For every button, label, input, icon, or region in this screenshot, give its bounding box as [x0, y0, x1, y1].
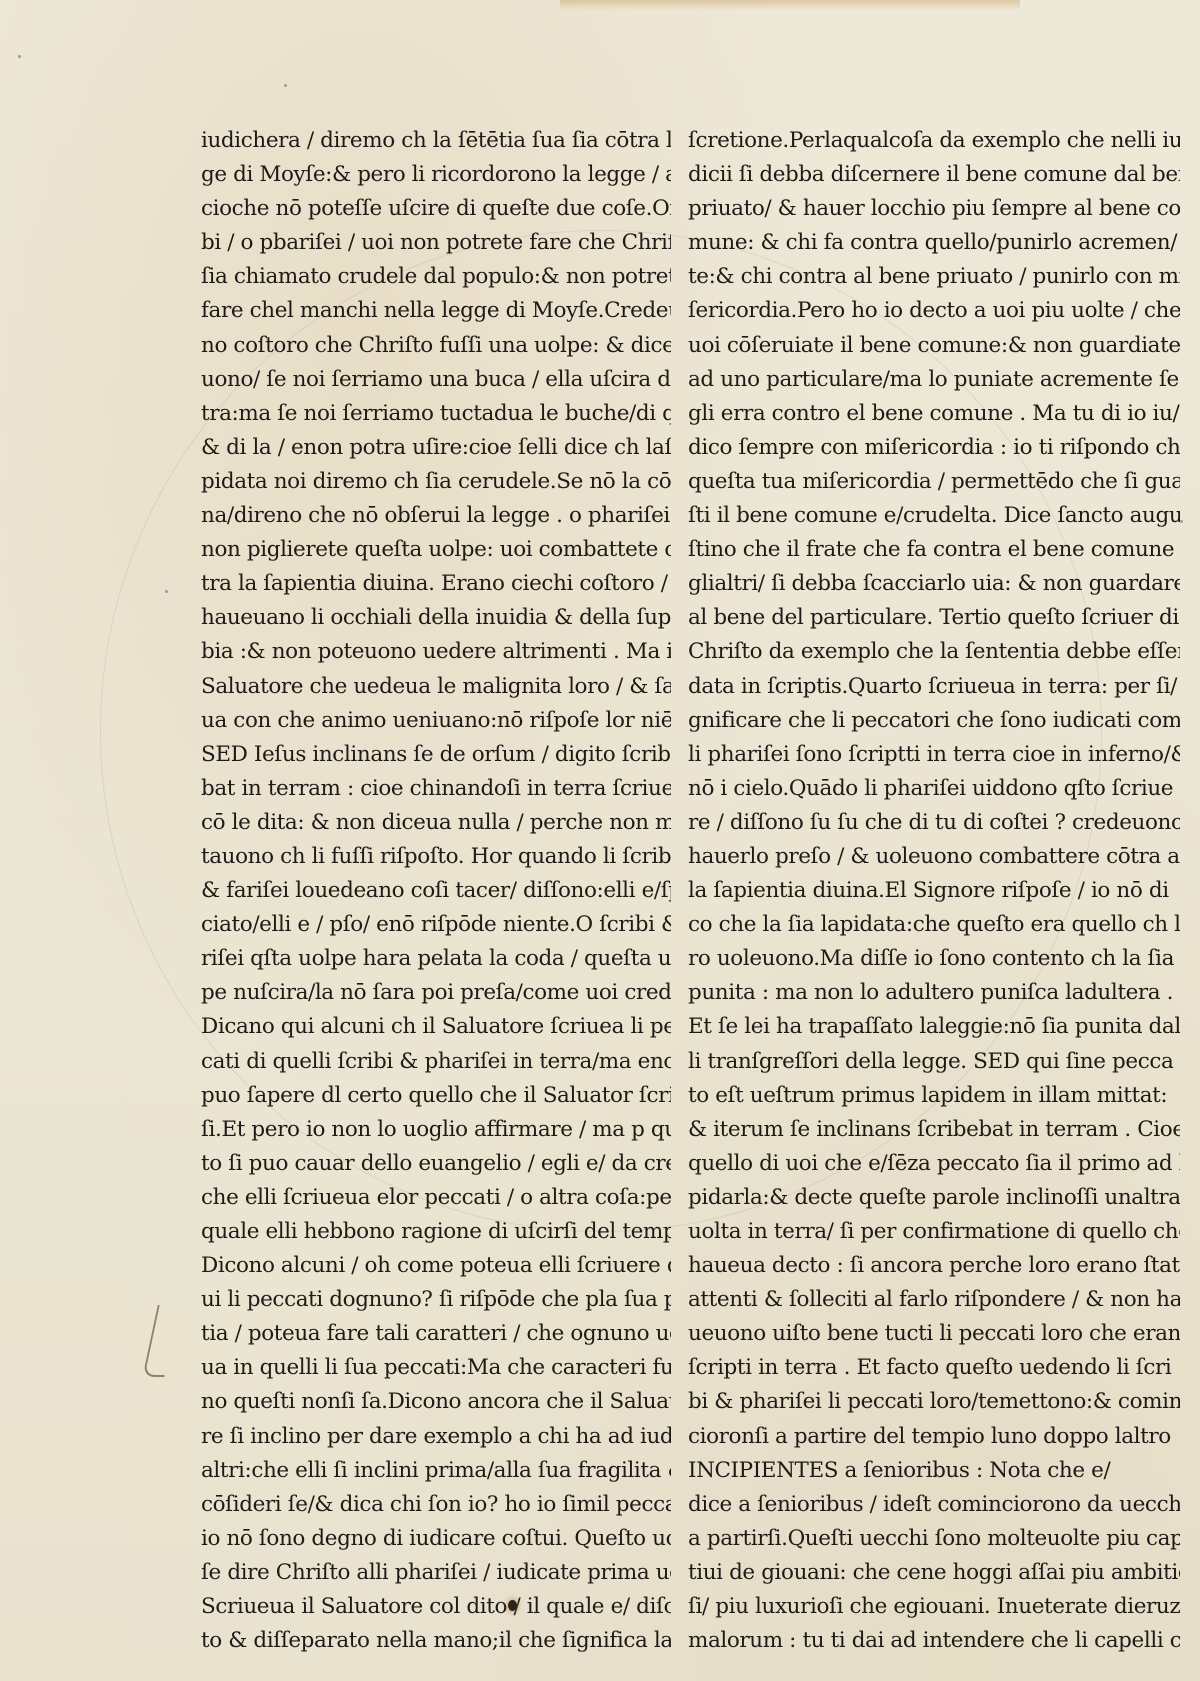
text-line: tra la ſapientia diuina. Erano ciechi co… [201, 567, 671, 601]
text-line: Scriueua il Saluatore col dito / il qual… [201, 1590, 671, 1624]
text-line: co che la ſia lapidata:che queſto era qu… [688, 908, 1180, 942]
text-line: attenti & ſolleciti al farlo riſpondere … [688, 1283, 1180, 1317]
text-line: Et ſe lei ha trapaſſato laleggie:nō ſia … [688, 1010, 1180, 1044]
text-line: to eſt ueſtrum primus lapidem in illam m… [688, 1079, 1180, 1113]
text-line: quale elli hebbono ragione di uſcirſi de… [201, 1215, 671, 1249]
text-line: dico ſempre con miſericordia : io ti riſ… [688, 431, 1180, 465]
text-line: io nō ſono degno di iudicare coſtui. Que… [201, 1522, 671, 1556]
text-line: te:& chi contra al bene priuato / punirl… [688, 260, 1180, 294]
text-line: cati di quelli ſcribi & phariſei in terr… [201, 1045, 671, 1079]
text-line: to & diſſeparato nella mano;il che ſigni… [201, 1624, 671, 1658]
text-line: ſtino che il frate che fa contra el bene… [688, 533, 1180, 567]
text-line: & iterum ſe inclinans ſcribebat in terra… [688, 1113, 1180, 1147]
text-line: ciato/elli e / pſo/ enō riſpōde niente.O… [201, 908, 671, 942]
text-line: dicii ſi debba diſcernere il bene comune… [688, 158, 1180, 192]
text-line: la ſapientia diuina.El Signore riſpoſe /… [688, 874, 1180, 908]
text-line: hauerlo preſo / & uoleuono combattere cō… [688, 840, 1180, 874]
text-line: na/direno che nō obſerui la legge . o ph… [201, 499, 671, 533]
text-line: cioronſi a partire del tempio luno doppo… [688, 1420, 1180, 1454]
text-line: iudichera / diremo ch la ſētētia ſua ſia… [201, 124, 671, 158]
text-line: riſei qſta uolpe hara pelata la coda / q… [201, 942, 671, 976]
text-line: cioche nō poteſſe uſcire di queſte due c… [201, 192, 671, 226]
text-line: tauono ch li fuſſi riſpoſto. Hor quando … [201, 840, 671, 874]
text-line: no coſtoro che Chriſto fuſſi una uolpe: … [201, 329, 671, 363]
text-line: puo ſapere dl certo quello che il Saluat… [201, 1079, 671, 1113]
text-line: punita : ma non lo adultero puniſca ladu… [688, 976, 1180, 1010]
text-line: nō i cielo.Quādo li phariſei uiddono qſt… [688, 772, 1180, 806]
text-line: ſericordia.Pero ho io decto a uoi piu uo… [688, 294, 1180, 328]
text-line: cō le dita: & non diceua nulla / perche … [201, 806, 671, 840]
text-line: Saluatore che uedeua le malignita loro /… [201, 670, 671, 704]
text-line: dice a ſenioribus / ideſt cominciorono d… [688, 1488, 1180, 1522]
text-line: Dicano qui alcuni ch il Saluatore ſcriue… [201, 1010, 671, 1044]
text-line: ge di Moyſe:& pero li ricordorono la leg… [201, 158, 671, 192]
text-line: non piglierete queſta uolpe: uoi combatt… [201, 533, 671, 567]
text-line: ſcretione.Perlaqualcoſa da exemplo che n… [688, 124, 1180, 158]
text-line: SED Ieſus inclinans ſe de orſum / digito… [201, 738, 671, 772]
text-line: bia :& non poteuono uedere altrimenti . … [201, 635, 671, 669]
text-line: ſcripti in terra . Et facto queſto ueden… [688, 1351, 1180, 1385]
text-line: uono/ ſe noi ſerriamo una buca / ella uſ… [201, 363, 671, 397]
text-line: ua in quelli li ſua peccati:Ma che carac… [201, 1351, 671, 1385]
paper-speck [165, 590, 168, 593]
text-line: quello di uoi che e/ſēza peccato ſia il … [688, 1147, 1180, 1181]
text-line: mune: & chi fa contra quello/punirlo acr… [688, 226, 1180, 260]
text-line: Chriſto da exemplo che la ſententia debb… [688, 635, 1180, 669]
ink-dot-mark [508, 1600, 517, 1611]
text-line: to ſi puo cauar dello euangelio / egli e… [201, 1147, 671, 1181]
text-line: pidata noi diremo ch ſia cerudele.Se nō … [201, 465, 671, 499]
text-line: tra:ma ſe noi ſerriamo tuctadua le buche… [201, 397, 671, 431]
text-line: & di la / enon potra uſire:cioe ſelli di… [201, 431, 671, 465]
text-line: cōſideri ſe/& dica chi ſon io? ho io ſim… [201, 1488, 671, 1522]
text-line: pe nuſcira/la nō ſara poi preſa/come uoi… [201, 976, 671, 1010]
text-line: che elli ſcriueua elor peccati / o altra… [201, 1181, 671, 1215]
text-line: ua con che animo ueniuano:nō riſpoſe lor… [201, 704, 671, 738]
text-line: haueuano li occhiali della inuidia & del… [201, 601, 671, 635]
text-line: bi & phariſei li peccati loro/temettono:… [688, 1385, 1180, 1419]
text-line: ui li peccati dognuno? ſi riſpōde che pl… [201, 1283, 671, 1317]
text-line: ſti il bene comune e/crudelta. Dice ſanc… [688, 499, 1180, 533]
text-line: ſia chiamato crudele dal populo:& non po… [201, 260, 671, 294]
text-line: li phariſei ſono ſcriptti in terra cioe … [688, 738, 1180, 772]
text-line: malorum : tu ti dai ad intendere che li … [688, 1624, 1180, 1658]
text-line: INCIPIENTES a ſenioribus : Nota che e/ [688, 1454, 1180, 1488]
text-line: tia / poteua fare tali caratteri / che o… [201, 1317, 671, 1351]
text-line: glialtri/ ſi debba ſcacciarlo uia: & non… [688, 567, 1180, 601]
text-line: uolta in terra/ ſi per confirmatione di … [688, 1215, 1180, 1249]
text-line: ad uno particulare/ma lo puniate acremen… [688, 363, 1180, 397]
paper-page: iudichera / diremo ch la ſētētia ſua ſia… [0, 0, 1200, 1681]
paper-stain [560, 0, 1020, 10]
text-line: ueuono uiſto bene tucti li peccati loro … [688, 1317, 1180, 1351]
paper-speck [284, 84, 287, 87]
marginal-pen-mark [142, 1305, 179, 1377]
right-text-column: ſcretione.Perlaqualcoſa da exemplo che n… [688, 124, 1180, 1658]
text-line: ſi.Et pero io non lo uoglio affirmare / … [201, 1113, 671, 1147]
text-line: tiui de giouani: che cene hoggi aſſai pi… [688, 1556, 1180, 1590]
text-line: altri:che elli ſi inclini prima/alla ſua… [201, 1454, 671, 1488]
text-line: li tranſgreſſori della legge. SED qui ſi… [688, 1045, 1180, 1079]
text-line: a partirſi.Queſti uecchi ſono molteuolte… [688, 1522, 1180, 1556]
paper-speck [18, 55, 21, 58]
text-line: bat in terram : cioe chinandoſi in terra… [201, 772, 671, 806]
text-line: priuato/ & hauer locchio piu ſempre al b… [688, 192, 1180, 226]
text-line: fare chel manchi nella legge di Moyſe.Cr… [201, 294, 671, 328]
text-line: haueua decto : ſi ancora perche loro era… [688, 1249, 1180, 1283]
text-line: ſe dire Chriſto alli phariſei / iudicate… [201, 1556, 671, 1590]
text-line: al bene del particulare. Tertio queſto ſ… [688, 601, 1180, 635]
text-line: gli erra contro el bene comune . Ma tu d… [688, 397, 1180, 431]
text-line: gnificare che li peccatori che ſono iudi… [688, 704, 1180, 738]
text-line: & fariſei louedeano coſi tacer/ diſſono:… [201, 874, 671, 908]
text-line: queſta tua miſericordia / permettēdo che… [688, 465, 1180, 499]
left-text-column: iudichera / diremo ch la ſētētia ſua ſia… [201, 124, 671, 1658]
text-line: data in ſcriptis.Quarto ſcriueua in terr… [688, 670, 1180, 704]
text-line: re / diſſono ſu ſu che di tu di coſtei ?… [688, 806, 1180, 840]
text-line: re ſi inclino per dare exemplo a chi ha … [201, 1420, 671, 1454]
text-line: ro uoleuono.Ma diſſe io ſono contento ch… [688, 942, 1180, 976]
text-line: ſi/ piu luxurioſi che egiouani. Inuetera… [688, 1590, 1180, 1624]
text-line: pidarla:& decte queſte parole inclinoſſi… [688, 1181, 1180, 1215]
paper-speck [1180, 520, 1183, 523]
text-line: uoi cōſeruiate il bene comune:& non guar… [688, 329, 1180, 363]
text-line: no queſti nonſi ſa.Dicono ancora che il … [201, 1385, 671, 1419]
text-line: Dicono alcuni / oh come poteua elli ſcri… [201, 1249, 671, 1283]
text-line: bi / o pbariſei / uoi non potrete fare c… [201, 226, 671, 260]
